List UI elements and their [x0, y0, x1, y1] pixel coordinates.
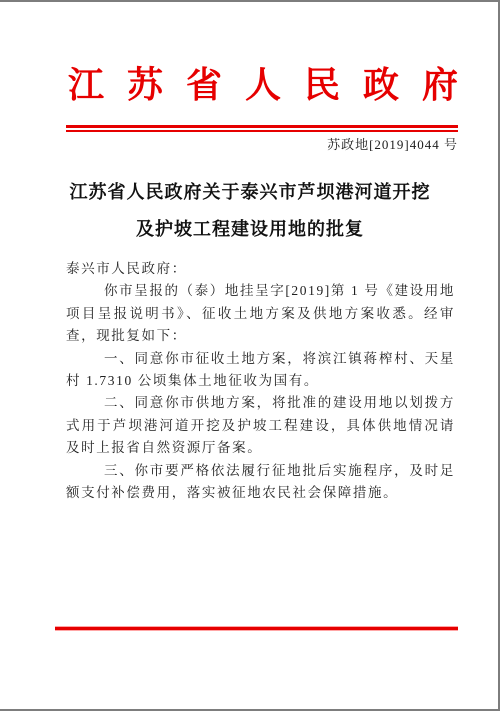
letterhead-double-rule: [66, 125, 458, 132]
document-title-line-2: 及护坡工程建设用地的批复: [136, 219, 364, 239]
document-title-line-1: 江苏省人民政府关于泰兴市芦坝港河道开挖: [70, 182, 431, 202]
rule-thin-line: [66, 130, 458, 132]
official-document-page: 江 苏 省 人 民 政 府 苏政地[2019]4044 号 江苏省人民政府关于泰…: [0, 0, 500, 711]
salutation: 泰兴市人民政府：: [66, 258, 455, 280]
agency-name-header: 江 苏 省 人 民 政 府: [68, 64, 454, 106]
body-paragraph-3: 二、同意你市供地方案，将批准的建设用地以划拨方式用于芦坝港河道开挖及护坡工程建设…: [66, 392, 455, 459]
document-number: 苏政地[2019]4044 号: [66, 134, 458, 153]
rule-thick-line: [66, 125, 458, 128]
document-body: 泰兴市人民政府： 你市呈报的（泰）地挂呈字[2019]第 1 号《建设用地项目呈…: [66, 258, 455, 504]
footer-rule: [55, 626, 458, 631]
body-paragraph-2: 一、同意你市征收土地方案，将滨江镇蒋榨村、天星村 1.7310 公顷集体土地征收…: [66, 348, 455, 393]
body-paragraph-1: 你市呈报的（泰）地挂呈字[2019]第 1 号《建设用地项目呈报说明书》、征收土…: [66, 280, 455, 347]
document-title: 江苏省人民政府关于泰兴市芦坝港河道开挖 及护坡工程建设用地的批复: [40, 174, 460, 248]
body-paragraph-4: 三、你市要严格依法履行征地批后实施程序，及时足额支付补偿费用，落实被征地农民社会…: [66, 460, 455, 505]
